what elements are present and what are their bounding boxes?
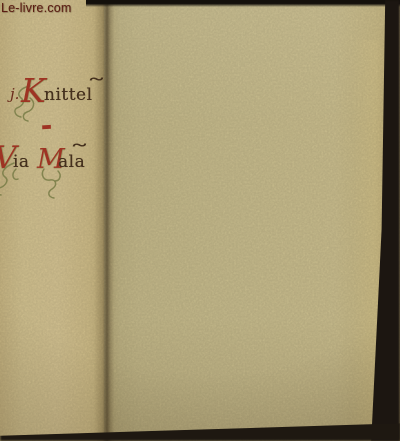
author-prefix: j. [10,85,19,103]
title-word-1-text: ia [13,152,30,172]
watermark-text: Le-livre.com [1,1,71,15]
author-flourish-stroke: ˜ [86,76,107,101]
photo-vignette [0,0,400,441]
separator-dash: – [41,105,64,145]
top-edge-shadow [86,0,400,7]
book-product-photo: j. K nittel ˜ – V ia M ala ˜ Le-livre.co… [0,0,400,441]
title-flourish-stroke: ˜ [69,142,90,167]
spine-title-line: V ia M ala ˜ [0,143,120,198]
spine-author-line: j. K nittel ˜ [8,76,118,116]
author-initial-letter: K [21,74,46,107]
